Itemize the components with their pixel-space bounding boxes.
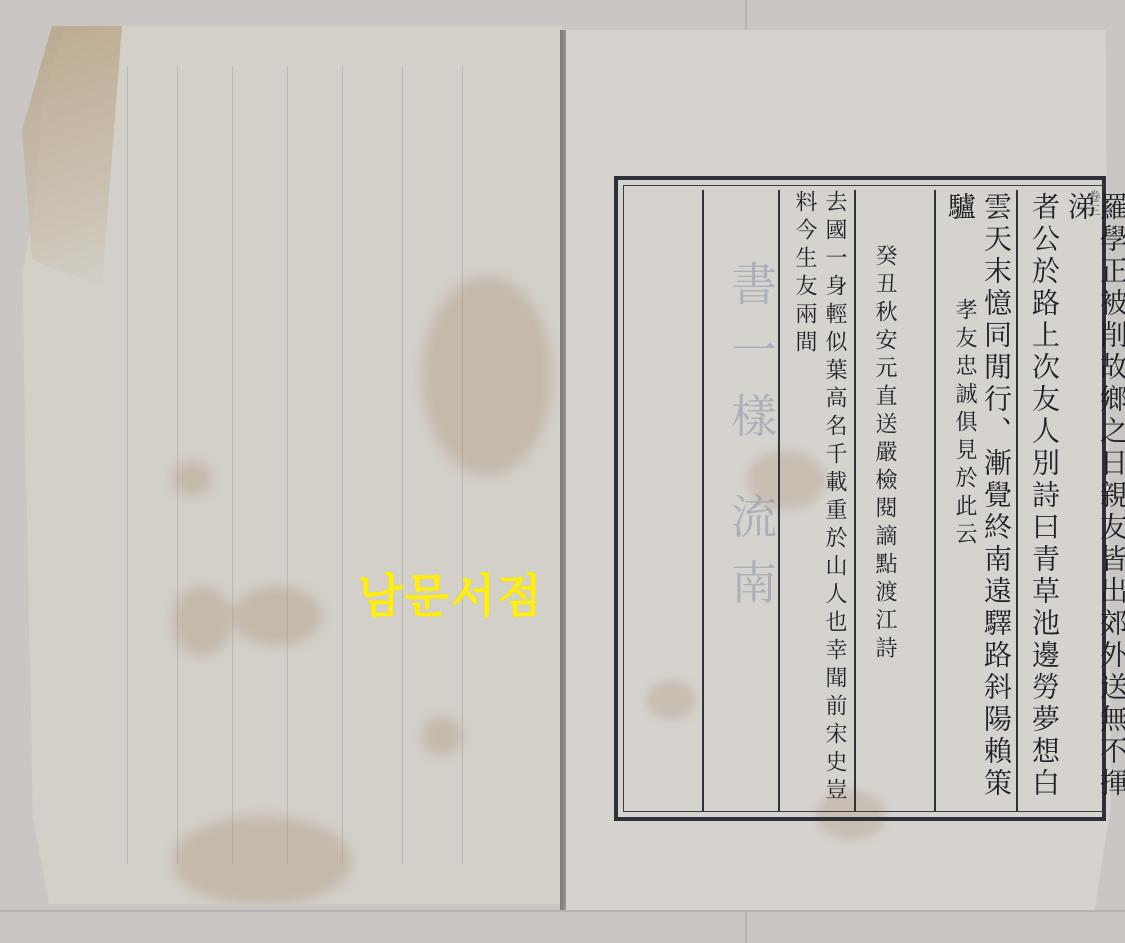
column-rule (702, 190, 704, 811)
bleed-through-text: 書一樣 流南 (718, 260, 784, 625)
text-column-8: 料今生友兩間 (788, 190, 820, 358)
floor-tile-seam (0, 910, 1125, 912)
water-stain (172, 586, 232, 656)
ruled-line (127, 66, 128, 864)
shop-watermark: 남문서점 (358, 560, 544, 626)
text-column-1: 羅學正被削故鄉之日親友皆出郊外送無不揮涕 (1064, 192, 1125, 817)
water-stain (232, 586, 322, 646)
text-column-7: 去國一身輕似葉高名千載重於山人也幸聞前宋史豈 (818, 190, 850, 806)
water-stain (422, 716, 462, 756)
ruled-line (287, 66, 288, 864)
text-column-2: 者公於路上次友人別詩曰青草池邊勞夢想白 (1028, 192, 1060, 800)
water-stain (422, 276, 552, 476)
ruled-line (342, 66, 343, 864)
ruled-line (232, 66, 233, 864)
water-stain (172, 461, 212, 496)
text-column-6: 癸丑秋安元直送嚴檢閱謫點渡江詩 (868, 244, 900, 664)
ruled-line (402, 66, 403, 864)
text-column-5: 孝友忠誠俱見於此云 (948, 298, 980, 550)
printed-text-frame: 書一樣 流南 羅學正被削故鄉之日親友皆出郊外送無不揮涕 者公於路上次友人別詩曰青… (614, 176, 1106, 821)
column-rule (1016, 190, 1018, 811)
floor-tile-seam (745, 0, 747, 30)
column-rule (934, 190, 936, 811)
text-column-4: 驢 (944, 192, 976, 224)
volume-edge-label: 卷三 (1086, 190, 1103, 218)
water-stain (172, 816, 352, 906)
text-column-3: 雲天末憶同閒行、漸覺終南遠驛路斜陽賴策 (980, 192, 1012, 800)
column-rule (854, 190, 856, 811)
